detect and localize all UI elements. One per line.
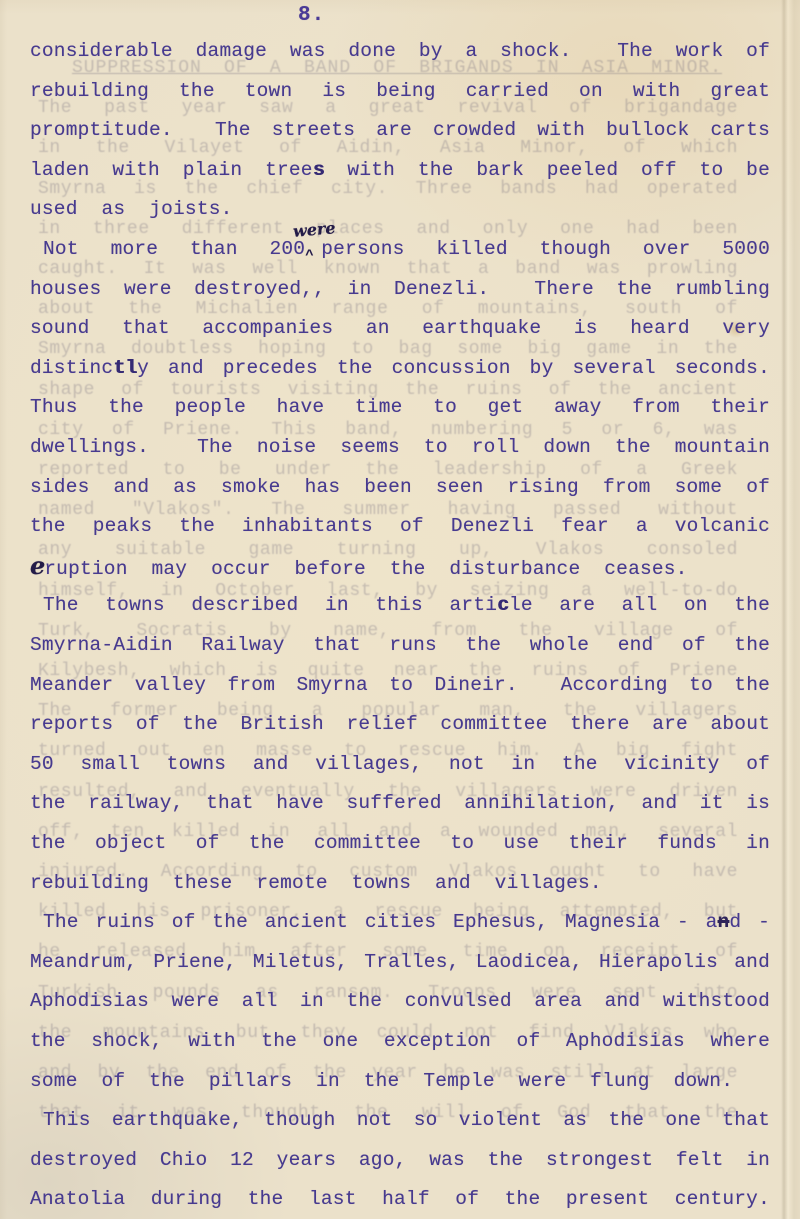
typed-line: Smyrna-Aidin Railway that runs the whole… [30,631,770,665]
typed-line: the railway, that have suffered annihila… [30,789,770,823]
typed-line: rebuilding these remote towns and villag… [30,869,770,903]
typed-line: Anatolia during the last half of the pre… [30,1185,770,1219]
typed-line: This earthquake, though not so violent a… [30,1106,770,1140]
handwritten-insert-word: were [292,214,337,246]
typed-line: considerable damage was done by a shock.… [30,37,770,71]
caret-insert-mark: ^were [305,242,321,270]
overstruck-text: s [313,159,325,181]
typed-line: The towns described in this article are … [30,591,770,625]
typed-line: the object of the committee to use their… [30,829,770,863]
typed-text-layer: considerable damage was done by a shock.… [0,0,800,1219]
typed-line: the peaks the inhabitants of Denezli fea… [30,512,770,546]
typed-line: used as joists. [30,195,770,229]
typed-line: the shock, with the one exception of Aph… [30,1027,770,1061]
typed-line: distinctly and precedes the concussion b… [30,354,770,388]
typed-line: promptitude. The streets are crowded wit… [30,116,770,150]
overstruck-text: n [718,911,730,933]
typed-line: The ruins of the ancient cities Ephesus,… [30,908,770,942]
typed-line: destroyed Chio 12 years ago, was the str… [30,1146,770,1180]
typed-line: 50 small towns and villages, not in the … [30,750,770,784]
overstruck-text: tl [113,357,137,379]
typed-line: reports of the British relief committee … [30,710,770,744]
typed-line: rebuilding the town is being carried on … [30,77,770,111]
typed-line: Not more than 200^werepersons killed tho… [30,235,770,269]
document-page: 8. SUPPRESSION OF A BAND OF BRIGANDS IN … [0,0,800,1219]
typed-line: eruption may occur before the disturbanc… [30,552,770,586]
overstruck-text: c [497,594,509,616]
typed-line: dwellings. The noise seems to roll down … [30,433,770,467]
handwritten-letter: e [30,551,44,580]
typed-line: Meandrum, Priene, Miletus, Tralles, Laod… [30,948,770,982]
typed-line: some of the pillars in the Temple were f… [30,1067,770,1101]
typed-line: Aphodisias were all in the convulsed are… [30,987,770,1021]
typed-line: Thus the people have time to get away fr… [30,393,770,427]
typed-line: laden with plain trees with the bark pee… [30,156,770,190]
typed-line: sides and as smoke has been seen rising … [30,473,770,507]
typed-line: Meander valley from Smyrna to Dineir. Ac… [30,671,770,705]
typed-line: houses were destroyed,, in Denezli. Ther… [30,275,770,309]
typed-line: sound that accompanies an earthquake is … [30,314,770,348]
